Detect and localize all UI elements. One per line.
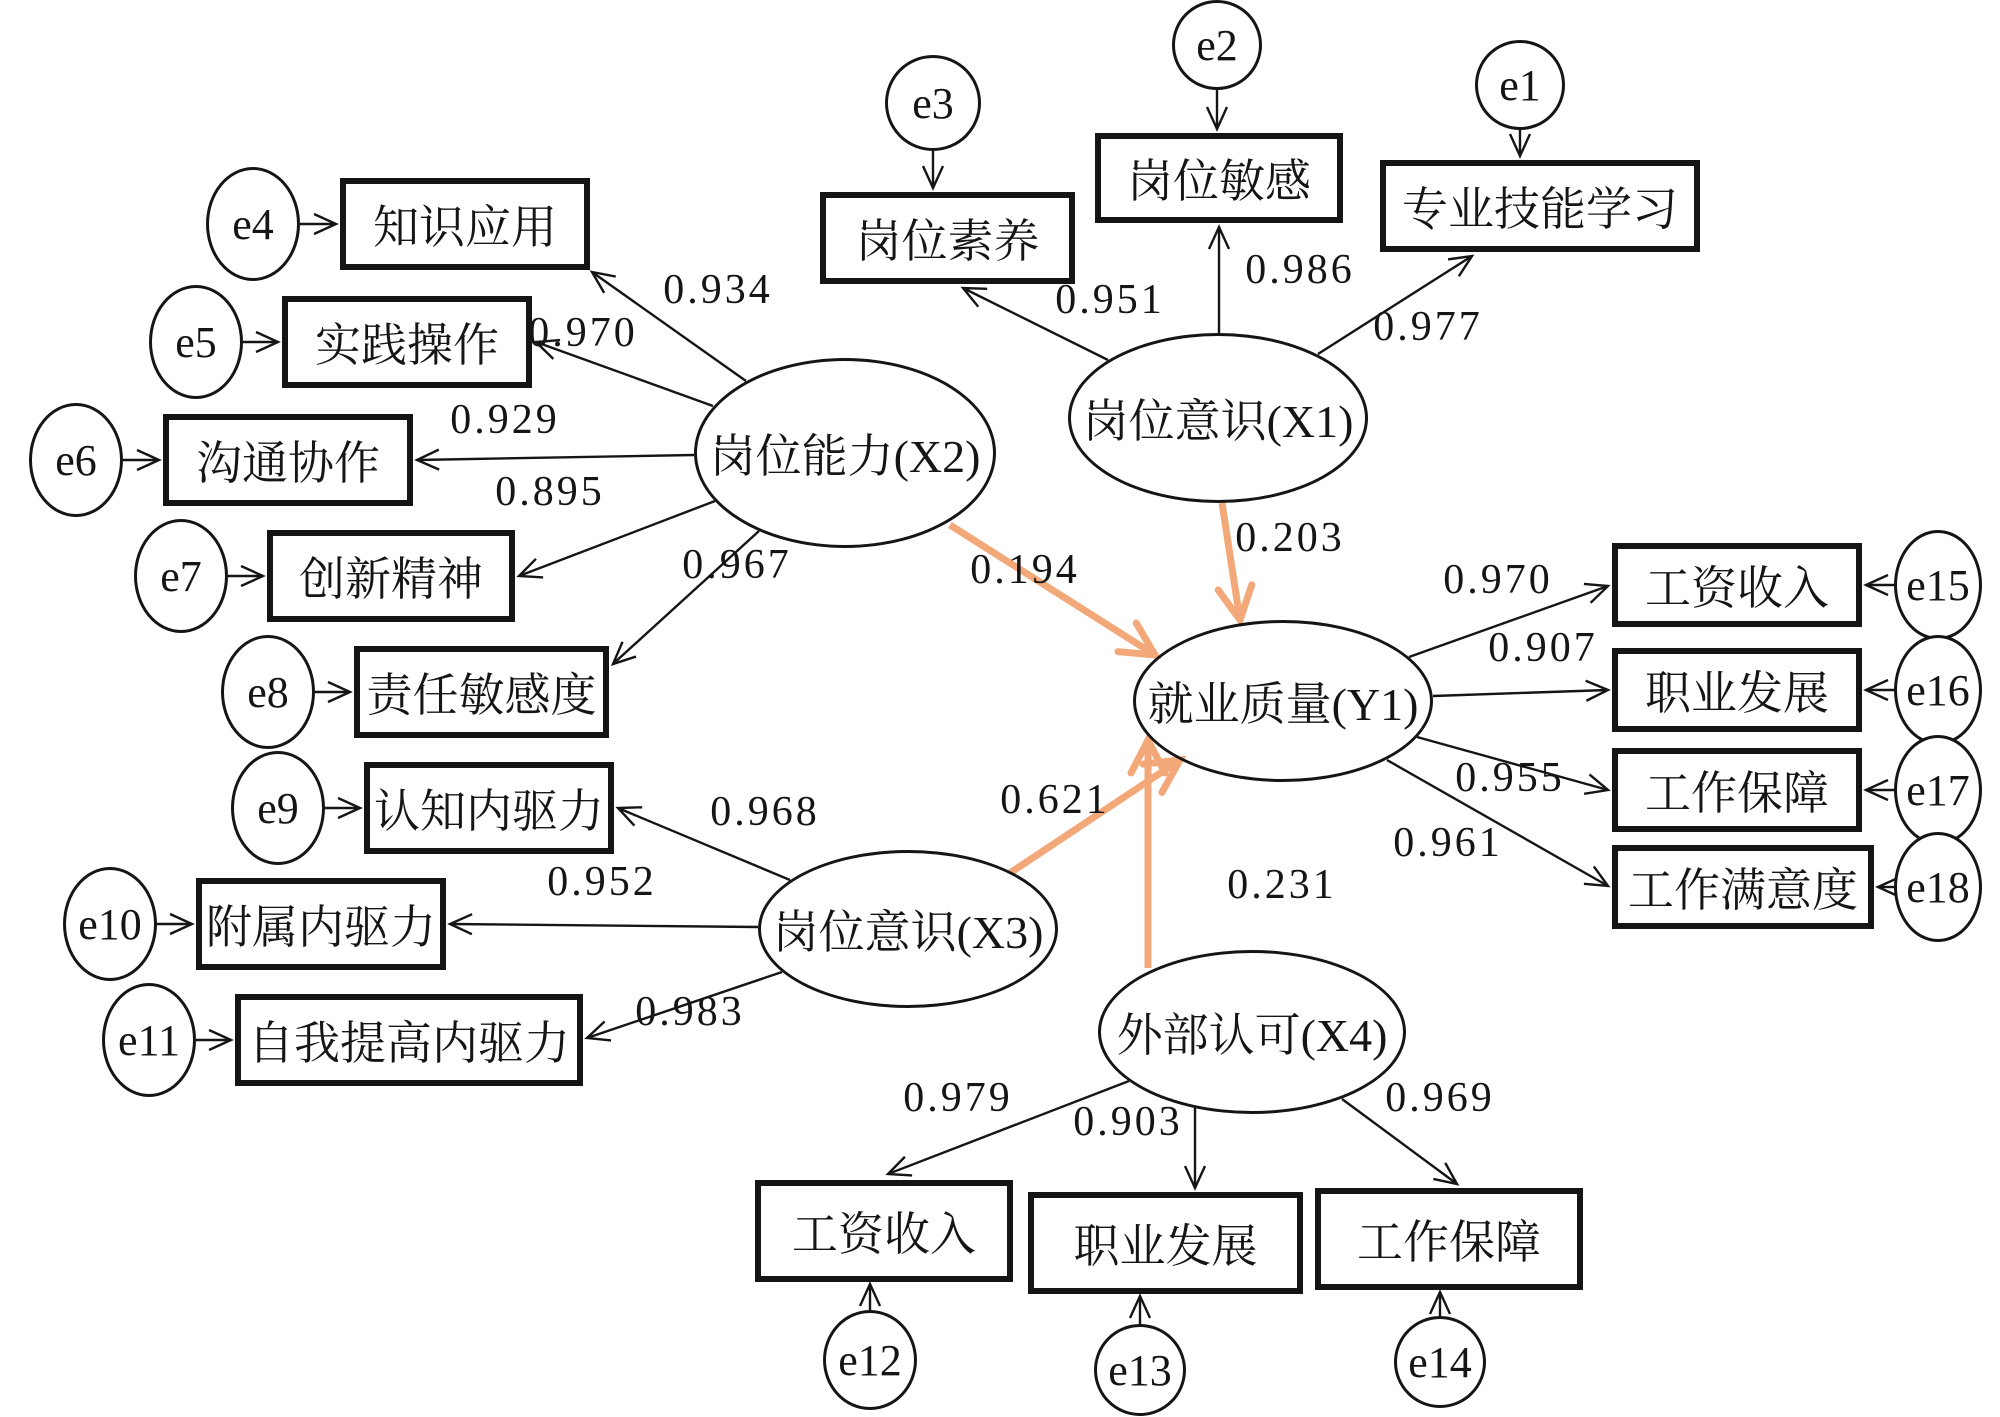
error-term-label-e18: e18 (1906, 862, 1970, 913)
error-term-label-e7: e7 (160, 551, 202, 602)
observed-label-affiliation-drive: 附属内驱力 (206, 891, 436, 957)
latent-X3: 岗位意识(X3) (758, 850, 1058, 1008)
error-term-label-e3: e3 (912, 78, 954, 129)
observed-label-professional-skill-learning: 专业技能学习 (1402, 173, 1678, 239)
error-term-e5: e5 (149, 285, 243, 399)
observed-career-development: 职业发展 (1612, 648, 1862, 732)
observed-job-satisfaction: 工作满意度 (1612, 845, 1874, 929)
loading-coefficient-Y1-job-satisfaction: 0.961 (1393, 819, 1503, 867)
latent-X1: 岗位意识(X1) (1068, 333, 1368, 503)
loading-coefficient-X1-post-sensitivity: 0.986 (1245, 246, 1355, 294)
latent-label-X1: 岗位意识(X1) (1083, 385, 1354, 451)
observed-label-career-development: 职业发展 (1645, 657, 1829, 723)
latent-Y1: 就业质量(Y1) (1133, 620, 1433, 782)
error-term-label-e17: e17 (1906, 765, 1970, 816)
error-term-e18: e18 (1894, 832, 1982, 942)
error-term-label-e15: e15 (1906, 560, 1970, 611)
loading-coefficient-Y1-career-development: 0.907 (1488, 624, 1598, 672)
observed-responsibility-sensitivity: 责任敏感度 (354, 646, 609, 738)
latent-label-X3: 岗位意识(X3) (773, 896, 1044, 962)
error-term-e1: e1 (1475, 40, 1565, 130)
loading-coefficient-X3-affiliation-drive: 0.952 (547, 858, 657, 906)
observed-practical-operation: 实践操作 (282, 296, 532, 388)
error-term-label-e5: e5 (175, 317, 217, 368)
node-layer: 0.9340.9700.9290.8950.9670.9510.9860.977… (0, 0, 2000, 1417)
observed-post-quality: 岗位素养 (820, 192, 1075, 284)
observed-label-job-security-x4: 工作保障 (1357, 1206, 1541, 1272)
observed-label-salary-income: 工资收入 (1645, 552, 1829, 618)
observed-label-innovation-spirit: 创新精神 (299, 543, 483, 609)
structural-coefficient-X1-Y1: 0.203 (1235, 514, 1345, 562)
observed-label-communication-collaboration: 沟通协作 (196, 427, 380, 493)
observed-cognitive-drive: 认知内驱力 (364, 762, 614, 854)
latent-label-X2: 岗位能力(X2) (710, 420, 981, 486)
error-term-e3: e3 (885, 55, 981, 151)
latent-label-Y1: 就业质量(Y1) (1148, 668, 1419, 734)
error-term-e11: e11 (102, 983, 196, 1097)
observed-post-sensitivity: 岗位敏感 (1095, 133, 1343, 223)
observed-salary-income: 工资收入 (1612, 543, 1862, 627)
error-term-e13: e13 (1094, 1324, 1186, 1416)
error-term-label-e6: e6 (55, 435, 97, 486)
observed-knowledge-application: 知识应用 (340, 178, 590, 270)
observed-label-post-quality: 岗位素养 (856, 205, 1040, 271)
observed-label-job-satisfaction: 工作满意度 (1628, 854, 1858, 920)
loading-coefficient-X3-self-improvement-drive: 0.983 (635, 988, 745, 1036)
loading-coefficient-X1-professional-skill-learning: 0.977 (1373, 303, 1483, 351)
error-term-e17: e17 (1894, 735, 1982, 845)
error-term-e6: e6 (29, 403, 123, 517)
error-term-e15: e15 (1894, 530, 1982, 640)
error-term-label-e8: e8 (247, 667, 289, 718)
error-term-label-e10: e10 (78, 899, 142, 950)
observed-affiliation-drive: 附属内驱力 (196, 878, 446, 970)
latent-X2: 岗位能力(X2) (694, 358, 996, 548)
observed-label-self-improvement-drive: 自我提高内驱力 (248, 1007, 570, 1073)
latent-X4: 外部认可(X4) (1098, 950, 1406, 1114)
observed-label-responsibility-sensitivity: 责任敏感度 (367, 659, 597, 725)
error-term-label-e16: e16 (1906, 665, 1970, 716)
observed-label-salary-income-x4: 工资收入 (792, 1198, 976, 1264)
error-term-label-e4: e4 (232, 199, 274, 250)
observed-job-security: 工作保障 (1612, 748, 1862, 832)
structural-coefficient-X3-Y1: 0.621 (1000, 776, 1110, 824)
error-term-e14: e14 (1394, 1316, 1486, 1408)
loading-coefficient-Y1-salary-income: 0.970 (1443, 556, 1553, 604)
error-term-e9: e9 (231, 751, 325, 865)
error-term-label-e13: e13 (1108, 1345, 1172, 1396)
observed-career-development-x4: 职业发展 (1028, 1192, 1303, 1294)
error-term-label-e2: e2 (1196, 20, 1238, 71)
loading-coefficient-Y1-job-security: 0.955 (1455, 754, 1565, 802)
loading-coefficient-X4-job-security-x4: 0.969 (1385, 1074, 1495, 1122)
observed-label-practical-operation: 实践操作 (315, 309, 499, 375)
observed-label-post-sensitivity: 岗位敏感 (1127, 145, 1311, 211)
loading-coefficient-X2-communication-collaboration: 0.929 (450, 396, 560, 444)
error-term-e4: e4 (206, 167, 300, 281)
structural-coefficient-X4-Y1: 0.231 (1227, 861, 1337, 909)
observed-communication-collaboration: 沟通协作 (163, 414, 413, 506)
error-term-e12: e12 (823, 1310, 917, 1410)
observed-job-security-x4: 工作保障 (1315, 1188, 1583, 1290)
error-term-e16: e16 (1894, 635, 1982, 745)
loading-coefficient-X2-responsibility-sensitivity: 0.967 (682, 541, 792, 589)
error-term-e8: e8 (221, 635, 315, 749)
observed-label-job-security: 工作保障 (1645, 757, 1829, 823)
loading-coefficient-X4-career-development-x4: 0.903 (1073, 1098, 1183, 1146)
observed-label-knowledge-application: 知识应用 (373, 191, 557, 257)
error-term-e10: e10 (63, 867, 157, 981)
loading-coefficient-X2-practical-operation: 0.970 (528, 309, 638, 357)
error-term-label-e1: e1 (1499, 60, 1541, 111)
error-term-label-e11: e11 (118, 1015, 180, 1066)
error-term-e7: e7 (134, 519, 228, 633)
error-term-label-e9: e9 (257, 783, 299, 834)
structural-coefficient-X2-Y1: 0.194 (970, 546, 1080, 594)
loading-coefficient-X3-cognitive-drive: 0.968 (710, 788, 820, 836)
error-term-label-e12: e12 (838, 1335, 902, 1386)
latent-label-X4: 外部认可(X4) (1117, 999, 1388, 1065)
observed-professional-skill-learning: 专业技能学习 (1380, 160, 1700, 252)
loading-coefficient-X4-salary-income-x4: 0.979 (903, 1074, 1013, 1122)
observed-label-cognitive-drive: 认知内驱力 (374, 775, 604, 841)
sem-diagram: 0.9340.9700.9290.8950.9670.9510.9860.977… (0, 0, 2000, 1417)
observed-innovation-spirit: 创新精神 (267, 530, 515, 622)
error-term-e2: e2 (1172, 0, 1262, 90)
observed-self-improvement-drive: 自我提高内驱力 (235, 994, 583, 1086)
error-term-label-e14: e14 (1408, 1337, 1472, 1388)
observed-salary-income-x4: 工资收入 (755, 1180, 1013, 1282)
loading-coefficient-X2-innovation-spirit: 0.895 (495, 468, 605, 516)
observed-label-career-development-x4: 职业发展 (1074, 1210, 1258, 1276)
loading-coefficient-X2-knowledge-application: 0.934 (663, 266, 773, 314)
